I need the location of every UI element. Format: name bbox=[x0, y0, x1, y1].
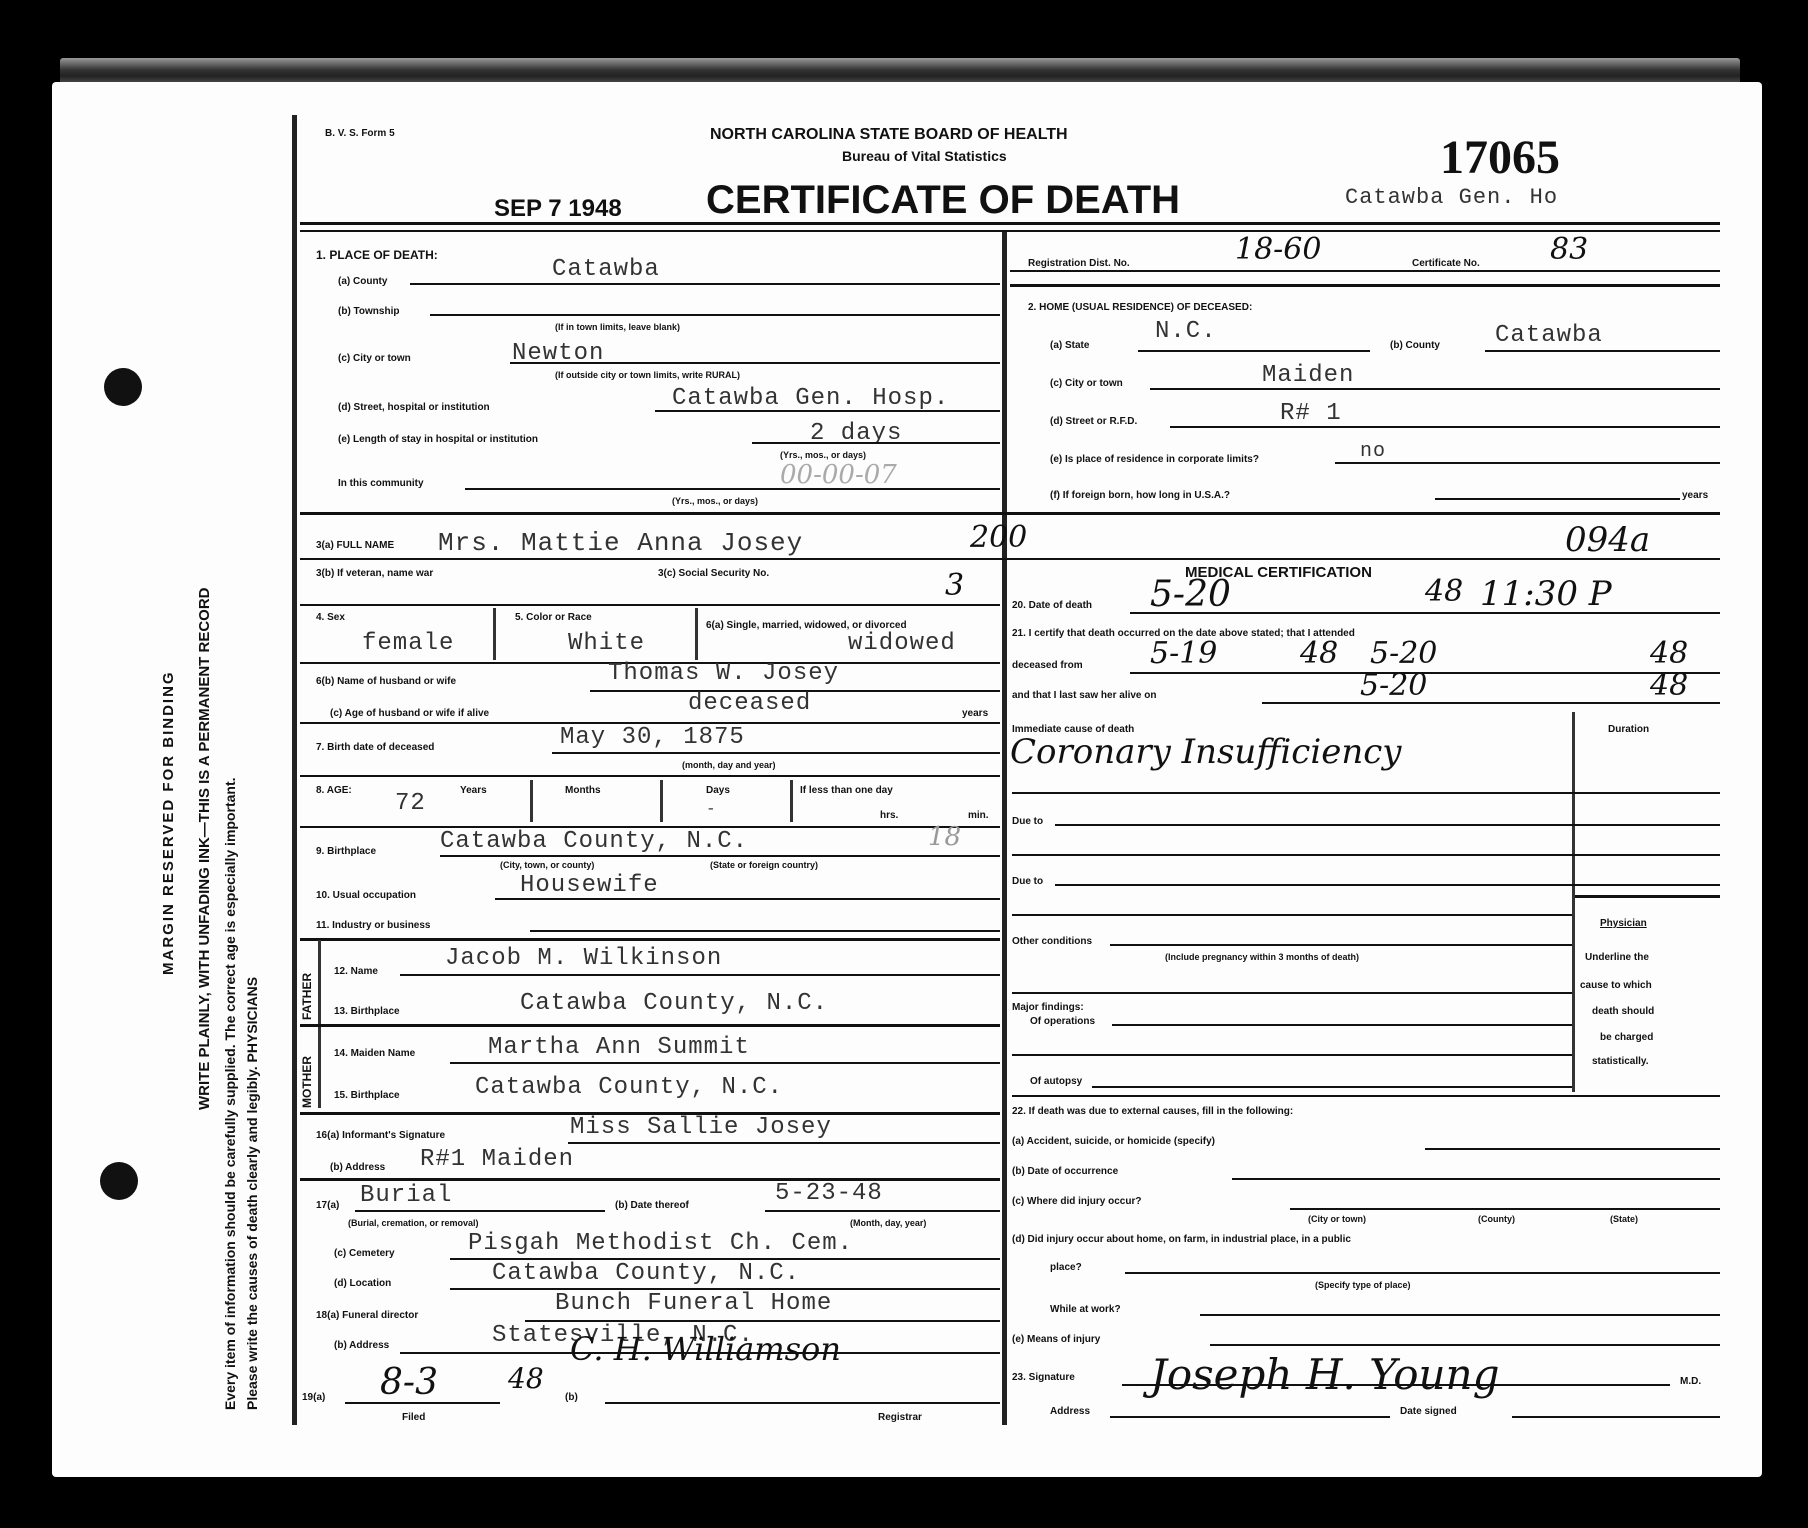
state-file-number: 17065 bbox=[1440, 130, 1560, 185]
cause-code: 094a bbox=[1565, 520, 1650, 560]
death-date-label: 20. Date of death bbox=[1012, 600, 1092, 611]
due-to-2-label: Due to bbox=[1012, 876, 1043, 887]
cemetery-value: Pisgah Methodist Ch. Cem. bbox=[468, 1230, 853, 1257]
occupation-value: Housewife bbox=[520, 872, 659, 899]
filed-label: 19(a) bbox=[302, 1392, 325, 1403]
immediate-cause-value: Coronary Insufficiency bbox=[1010, 732, 1401, 772]
duration-divider bbox=[1572, 712, 1575, 1092]
informant-sig-value: Miss Sallie Josey bbox=[570, 1114, 832, 1141]
race-label: 5. Color or Race bbox=[515, 612, 592, 623]
mother-birthplace-value: Catawba County, N.C. bbox=[475, 1074, 783, 1101]
rule bbox=[1485, 350, 1720, 352]
cell-divider bbox=[493, 608, 496, 660]
res-city-value: Maiden bbox=[1262, 362, 1354, 389]
birthplace-note-1: (City, town, or county) bbox=[500, 860, 594, 870]
physician-box-line: Underline the bbox=[1585, 952, 1649, 963]
margin-instruction-line3: Please write the causes of death clearly… bbox=[244, 977, 260, 1410]
disposition-date-label: (b) Date thereof bbox=[615, 1200, 689, 1211]
rule bbox=[1512, 1416, 1720, 1418]
external-b-label: (b) Date of occurrence bbox=[1012, 1166, 1118, 1177]
margin-binding-text: MARGIN RESERVED FOR BINDING bbox=[160, 670, 177, 975]
marital-value: widowed bbox=[848, 630, 956, 657]
industry-label: 11. Industry or business bbox=[316, 920, 430, 931]
margin-instruction-line2: Every item of information should be care… bbox=[222, 778, 238, 1411]
header-rule bbox=[300, 222, 1720, 225]
binding-hole bbox=[104, 368, 142, 406]
duration-label: Duration bbox=[1608, 724, 1649, 735]
physician-box-line: be charged bbox=[1600, 1032, 1653, 1043]
city-label: (c) City or town bbox=[338, 353, 411, 364]
days-value: - bbox=[706, 800, 717, 818]
physician-box-line: cause to which bbox=[1580, 980, 1652, 991]
physician-box-line: statistically. bbox=[1592, 1056, 1649, 1067]
sex-value: female bbox=[362, 630, 454, 657]
res-foreign-unit: years bbox=[1682, 490, 1708, 501]
informant-addr-label: (b) Address bbox=[330, 1162, 385, 1173]
rule bbox=[355, 1210, 605, 1212]
cell-divider bbox=[530, 780, 533, 822]
last-seen-label: and that I last saw her alive on bbox=[1012, 690, 1157, 701]
rule bbox=[300, 604, 1000, 606]
location-value: Catawba County, N.C. bbox=[492, 1260, 800, 1287]
rule bbox=[440, 855, 1000, 857]
filed-year: 48 bbox=[508, 1362, 544, 1395]
city-note: (If outside city or town limits, write R… bbox=[555, 370, 740, 380]
township-note: (If in town limits, leave blank) bbox=[555, 322, 680, 332]
rule bbox=[450, 1062, 1000, 1064]
community-handwritten: 00-00-07 bbox=[780, 460, 897, 490]
birthplace-code: 18 bbox=[928, 822, 961, 852]
father-name-value: Jacob M. Wilkinson bbox=[445, 945, 722, 972]
attended-label: deceased from bbox=[1012, 660, 1083, 671]
min-label: min. bbox=[968, 810, 989, 821]
due-to-1-label: Due to bbox=[1012, 816, 1043, 827]
external-c-note: (City or town) bbox=[1308, 1214, 1366, 1224]
mother-tag: MOTHER bbox=[300, 1056, 314, 1108]
rule bbox=[400, 974, 1000, 976]
death-date-value: 5-20 bbox=[1150, 574, 1231, 615]
res-corporate-value: no bbox=[1360, 440, 1386, 463]
registrar-note: Registrar bbox=[878, 1412, 922, 1423]
rule bbox=[552, 752, 1000, 754]
mother-birthplace-label: 15. Birthplace bbox=[334, 1090, 400, 1101]
external-d-note: (Specify type of place) bbox=[1315, 1280, 1411, 1290]
age-years-value: 72 bbox=[395, 790, 426, 817]
stay-label: (e) Length of stay in hospital or instit… bbox=[338, 434, 538, 445]
rule bbox=[1150, 388, 1720, 390]
rule bbox=[1290, 1208, 1720, 1210]
certificate-title: CERTIFICATE OF DEATH bbox=[706, 178, 1180, 223]
birth-date-label: 7. Birth date of deceased bbox=[316, 742, 434, 753]
attended-from: 5-19 bbox=[1150, 636, 1217, 671]
informant-sig-label: 16(a) Informant's Signature bbox=[316, 1130, 445, 1141]
date-signed-label: Date signed bbox=[1400, 1406, 1457, 1417]
res-state-label: (a) State bbox=[1050, 340, 1089, 351]
rule bbox=[655, 410, 1000, 412]
rule bbox=[1055, 884, 1720, 886]
form-id: B. V. S. Form 5 bbox=[325, 128, 395, 139]
rule bbox=[400, 1352, 1000, 1354]
center-divider-line bbox=[1002, 230, 1007, 1425]
stay-note: (Yrs., mos., or days) bbox=[780, 450, 866, 460]
filed-date: 8-3 bbox=[380, 1362, 438, 1403]
res-corporate-label: (e) Is place of residence in corporate l… bbox=[1050, 454, 1259, 465]
funeral-director-label: 18(a) Funeral director bbox=[316, 1310, 418, 1321]
full-name-label: 3(a) FULL NAME bbox=[316, 540, 394, 551]
attended-to: 5-20 bbox=[1370, 636, 1437, 671]
left-frame-line bbox=[292, 115, 297, 1425]
physician-box-title: Physician bbox=[1600, 918, 1647, 929]
age-label: 8. AGE: bbox=[316, 785, 352, 796]
md-suffix: M.D. bbox=[1680, 1376, 1701, 1387]
rule bbox=[1092, 1086, 1572, 1088]
while-at-work-label: While at work? bbox=[1050, 1304, 1121, 1315]
rule bbox=[430, 314, 1000, 316]
occupation-label: 10. Usual occupation bbox=[316, 890, 416, 901]
registrar-signature: C. H. Williamson bbox=[570, 1330, 841, 1368]
registrar-label: (b) bbox=[565, 1392, 578, 1403]
cemetery-label: (c) Cemetery bbox=[334, 1248, 395, 1259]
disposition-type: Burial bbox=[360, 1182, 452, 1209]
res-foreign-label: (f) If foreign born, how long in U.S.A.? bbox=[1050, 490, 1230, 501]
filed-note: Filed bbox=[402, 1412, 425, 1423]
birth-date-note: (month, day and year) bbox=[682, 760, 776, 770]
father-name-label: 12. Name bbox=[334, 966, 378, 977]
rule bbox=[568, 1142, 1000, 1144]
rule bbox=[1130, 612, 1720, 614]
physician-signature: Joseph H. Young bbox=[1150, 1350, 1500, 1399]
last-seen-year: 48 bbox=[1650, 668, 1688, 703]
rule bbox=[300, 1178, 1000, 1181]
death-time: 11:30 P bbox=[1480, 574, 1612, 614]
mother-maiden-value: Martha Ann Summit bbox=[488, 1034, 750, 1061]
certificate-number-value: 83 bbox=[1550, 232, 1588, 267]
spouse-value: Thomas W. Josey bbox=[608, 660, 839, 687]
external-c-label: (c) Where did injury occur? bbox=[1012, 1196, 1141, 1207]
external-c-note: (County) bbox=[1478, 1214, 1515, 1224]
rule bbox=[465, 488, 1000, 490]
rule bbox=[510, 362, 1000, 364]
rule bbox=[1425, 1148, 1720, 1150]
name-code: 200 bbox=[970, 520, 1027, 555]
attended-from-year: 48 bbox=[1300, 636, 1338, 671]
last-seen-value: 5-20 bbox=[1360, 668, 1427, 703]
section-rule bbox=[300, 512, 1720, 515]
major-findings-label: Major findings: bbox=[1012, 1002, 1084, 1013]
county-label: (a) County bbox=[338, 276, 387, 287]
binding-hole bbox=[100, 1162, 138, 1200]
operations-label: Of operations bbox=[1030, 1016, 1095, 1027]
rule bbox=[530, 930, 1000, 932]
header-rule-2 bbox=[300, 230, 1720, 232]
years-label: Years bbox=[460, 785, 487, 796]
father-birthplace-label: 13. Birthplace bbox=[334, 1006, 400, 1017]
less-than-day-label: If less than one day bbox=[800, 785, 893, 796]
external-c-note: (State) bbox=[1610, 1214, 1638, 1224]
registration-dist-label: Registration Dist. No. bbox=[1028, 258, 1130, 269]
rule bbox=[1335, 462, 1720, 464]
funeral-director-value: Bunch Funeral Home bbox=[555, 1290, 832, 1317]
spouse-age-unit: years bbox=[962, 708, 988, 719]
rule bbox=[410, 283, 1000, 285]
rule bbox=[1138, 350, 1370, 352]
external-d-label-2: place? bbox=[1050, 1262, 1082, 1273]
social-security-label: 3(c) Social Security No. bbox=[658, 568, 769, 579]
rule bbox=[1110, 1416, 1390, 1418]
county-value: Catawba bbox=[552, 256, 660, 283]
res-county-label: (b) County bbox=[1390, 340, 1440, 351]
mother-maiden-label: 14. Maiden Name bbox=[334, 1048, 415, 1059]
res-street-label: (d) Street or R.F.D. bbox=[1050, 416, 1137, 427]
rule bbox=[1435, 498, 1680, 500]
registration-dist-value: 18-60 bbox=[1235, 232, 1321, 267]
rule bbox=[1575, 895, 1720, 898]
cell-divider bbox=[695, 608, 698, 660]
rule bbox=[1012, 992, 1572, 994]
res-county-value: Catawba bbox=[1495, 322, 1603, 349]
death-year: 48 bbox=[1425, 574, 1463, 609]
rule bbox=[752, 442, 1000, 444]
race-value: White bbox=[568, 630, 645, 657]
rule bbox=[300, 775, 1000, 777]
physician-box-line: death should bbox=[1592, 1006, 1654, 1017]
rule bbox=[1012, 854, 1720, 856]
stamp-date: SEP 7 1948 bbox=[494, 195, 622, 223]
bureau-title: Bureau of Vital Statistics bbox=[842, 148, 1007, 164]
township-label: (b) Township bbox=[338, 306, 399, 317]
birthplace-value: Catawba County, N.C. bbox=[440, 828, 748, 855]
residence-heading: 2. HOME (USUAL RESIDENCE) OF DECEASED: bbox=[1028, 302, 1252, 313]
rule bbox=[1012, 792, 1720, 794]
cell-divider bbox=[790, 780, 793, 822]
autopsy-label: Of autopsy bbox=[1030, 1076, 1082, 1087]
external-d-label: (d) Did injury occur about home, on farm… bbox=[1012, 1234, 1351, 1245]
sex-label: 4. Sex bbox=[316, 612, 345, 623]
place-of-death-heading: 1. PLACE OF DEATH: bbox=[316, 248, 438, 262]
res-city-label: (c) City or town bbox=[1050, 378, 1123, 389]
spouse-age-value: deceased bbox=[688, 690, 811, 717]
street-value: Catawba Gen. Hosp. bbox=[672, 385, 949, 412]
street-label: (d) Street, hospital or institution bbox=[338, 402, 490, 413]
disposition-label: 17(a) bbox=[316, 1200, 339, 1211]
cell-divider bbox=[660, 780, 663, 822]
disposition-note: (Burial, cremation, or removal) bbox=[348, 1218, 479, 1228]
rule bbox=[1055, 824, 1720, 826]
rule bbox=[1112, 1024, 1572, 1026]
rule bbox=[345, 1402, 500, 1404]
funeral-addr-label: (b) Address bbox=[334, 1340, 389, 1351]
full-name-value: Mrs. Mattie Anna Josey bbox=[438, 528, 803, 558]
rule bbox=[1012, 1054, 1572, 1056]
margin-instruction-line1: WRITE PLAINLY, WITH UNFADING INK—THIS IS… bbox=[196, 587, 213, 1110]
spouse-label: 6(b) Name of husband or wife bbox=[316, 676, 456, 687]
rule bbox=[300, 1024, 1000, 1027]
months-label: Months bbox=[565, 785, 601, 796]
father-tag: FATHER bbox=[300, 973, 314, 1020]
rule bbox=[300, 558, 1720, 560]
spouse-age-label: (c) Age of husband or wife if alive bbox=[330, 708, 489, 719]
rule bbox=[605, 1402, 1000, 1404]
rule bbox=[1232, 1178, 1720, 1180]
rule bbox=[1125, 1272, 1720, 1274]
other-conditions-label: Other conditions bbox=[1012, 936, 1092, 947]
disposition-date-note: (Month, day, year) bbox=[850, 1218, 926, 1228]
signature-label: 23. Signature bbox=[1012, 1372, 1075, 1383]
birthplace-label: 9. Birthplace bbox=[316, 846, 376, 857]
disposition-date: 5-23-48 bbox=[775, 1180, 883, 1207]
birth-date-value: May 30, 1875 bbox=[560, 724, 745, 751]
address-label: Address bbox=[1050, 1406, 1090, 1417]
rule bbox=[1010, 284, 1720, 287]
agency-title: NORTH CAROLINA STATE BOARD OF HEALTH bbox=[710, 126, 1068, 144]
rule bbox=[1170, 426, 1720, 428]
res-street-value: R# 1 bbox=[1280, 400, 1342, 427]
rule bbox=[1110, 944, 1572, 946]
certificate-number-label: Certificate No. bbox=[1412, 258, 1480, 269]
attended-to-year: 48 bbox=[1650, 636, 1688, 671]
certificate-paper bbox=[52, 82, 1762, 1477]
rule bbox=[1012, 1095, 1720, 1097]
external-heading: 22. If death was due to external causes,… bbox=[1012, 1106, 1293, 1117]
rule bbox=[1010, 270, 1720, 272]
father-birthplace-value: Catawba County, N.C. bbox=[520, 990, 828, 1017]
community-note: (Yrs., mos., or days) bbox=[672, 496, 758, 506]
rule bbox=[1122, 1384, 1670, 1386]
means-of-injury-label: (e) Means of injury bbox=[1012, 1334, 1100, 1345]
location-label: (d) Location bbox=[334, 1278, 391, 1289]
other-conditions-note: (Include pregnancy within 3 months of de… bbox=[1165, 952, 1359, 962]
external-a-label: (a) Accident, suicide, or homicide (spec… bbox=[1012, 1136, 1215, 1147]
rule bbox=[495, 898, 1000, 900]
days-label: Days bbox=[706, 785, 730, 796]
section-rule bbox=[300, 938, 1000, 941]
typed-hospital-note: Catawba Gen. Ho bbox=[1345, 185, 1558, 210]
veteran-label: 3(b) If veteran, name war bbox=[316, 568, 433, 579]
informant-addr-value: R#1 Maiden bbox=[420, 1146, 574, 1173]
rule bbox=[1200, 1314, 1720, 1316]
rule bbox=[1012, 914, 1572, 916]
res-state-value: N.C. bbox=[1155, 318, 1217, 345]
rule bbox=[765, 1210, 1000, 1212]
rule bbox=[1262, 702, 1720, 704]
ss-mark: 3 bbox=[945, 568, 964, 603]
rule bbox=[1210, 1344, 1720, 1346]
community-label: In this community bbox=[338, 478, 424, 489]
hrs-label: hrs. bbox=[880, 810, 898, 821]
birthplace-note-2: (State or foreign country) bbox=[710, 860, 818, 870]
